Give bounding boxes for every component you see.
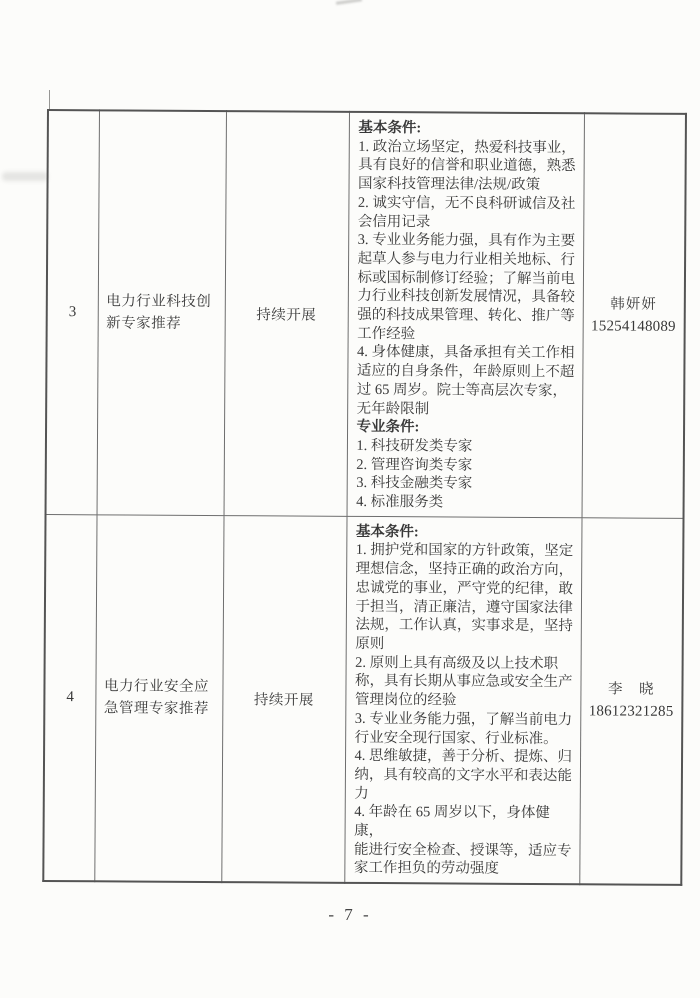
project-name-cell: 电力行业安全应 急管理专家推荐	[94, 515, 223, 883]
contact-phone: 18612321285	[581, 701, 682, 724]
status-text: 持续开展	[225, 303, 347, 325]
page-number: - 7 -	[0, 905, 700, 925]
table-border-stub	[49, 90, 50, 111]
status-cell: 持续开展	[221, 515, 346, 883]
contact-cell: 韩妍妍 15254148089	[582, 113, 686, 518]
table-row: 4 电力行业安全应 急管理专家推荐 持续开展 基本条件:1. 拥护党和国家的方针…	[43, 514, 683, 885]
expert-recommendation-table: 3 电力行业科技创 新专家推荐 持续开展 基本条件:1. 政治立场坚定，热爱科技…	[42, 109, 687, 886]
contact-name: 李 晓	[581, 679, 682, 702]
row-number: 3	[48, 304, 98, 321]
row-number: 4	[45, 689, 95, 706]
condition-section-lines: 1. 政治立场坚定，热爱科技事业， 具有良好的信誉和职业道德，熟悉 国家科技管理…	[357, 138, 579, 420]
contact-cell: 李 晓 18612321285	[579, 518, 683, 885]
contact-phone: 15254148089	[583, 316, 684, 339]
scan-smudge	[2, 172, 48, 181]
condition-section-heading: 基本条件:	[358, 119, 578, 139]
condition-section-lines: 1. 科技研发类专家 2. 管理咨询类专家 3. 科技金融类专家 4. 标准服务…	[356, 437, 576, 513]
scanned-page: 3 电力行业科技创 新专家推荐 持续开展 基本条件:1. 政治立场坚定，热爱科技…	[0, 0, 700, 998]
row-number-cell: 3	[46, 110, 99, 515]
condition-section-heading: 专业条件:	[357, 418, 577, 438]
conditions-content: 基本条件:1. 政治立场坚定，热爱科技事业， 具有良好的信誉和职业道德，熟悉 国…	[347, 113, 583, 517]
status-text: 持续开展	[223, 688, 345, 710]
project-name: 电力行业科技创 新专家推荐	[98, 291, 224, 336]
contact-name: 韩妍妍	[583, 294, 684, 317]
scan-edge-mark	[336, 0, 362, 5]
project-name-cell: 电力行业科技创 新专家推荐	[97, 110, 226, 515]
condition-section-lines: 1. 拥护党和国家的方针政策，坚定 理想信念，坚持正确的政治方向， 忠诚党的事业…	[354, 541, 576, 879]
row-number-cell: 4	[43, 514, 96, 881]
project-name: 电力行业安全应 急管理专家推荐	[96, 676, 222, 721]
status-cell: 持续开展	[224, 111, 349, 516]
condition-section-heading: 基本条件:	[356, 523, 576, 543]
conditions-cell: 基本条件:1. 政治立场坚定，热爱科技事业， 具有良好的信誉和职业道德，熟悉 国…	[347, 112, 584, 518]
table-body: 3 电力行业科技创 新专家推荐 持续开展 基本条件:1. 政治立场坚定，热爱科技…	[43, 110, 686, 885]
table-row: 3 电力行业科技创 新专家推荐 持续开展 基本条件:1. 政治立场坚定，热爱科技…	[46, 110, 686, 518]
conditions-cell: 基本条件:1. 拥护党和国家的方针政策，坚定 理想信念，坚持正确的政治方向， 忠…	[344, 516, 581, 884]
conditions-content: 基本条件:1. 拥护党和国家的方针政策，坚定 理想信念，坚持正确的政治方向， 忠…	[345, 517, 581, 884]
